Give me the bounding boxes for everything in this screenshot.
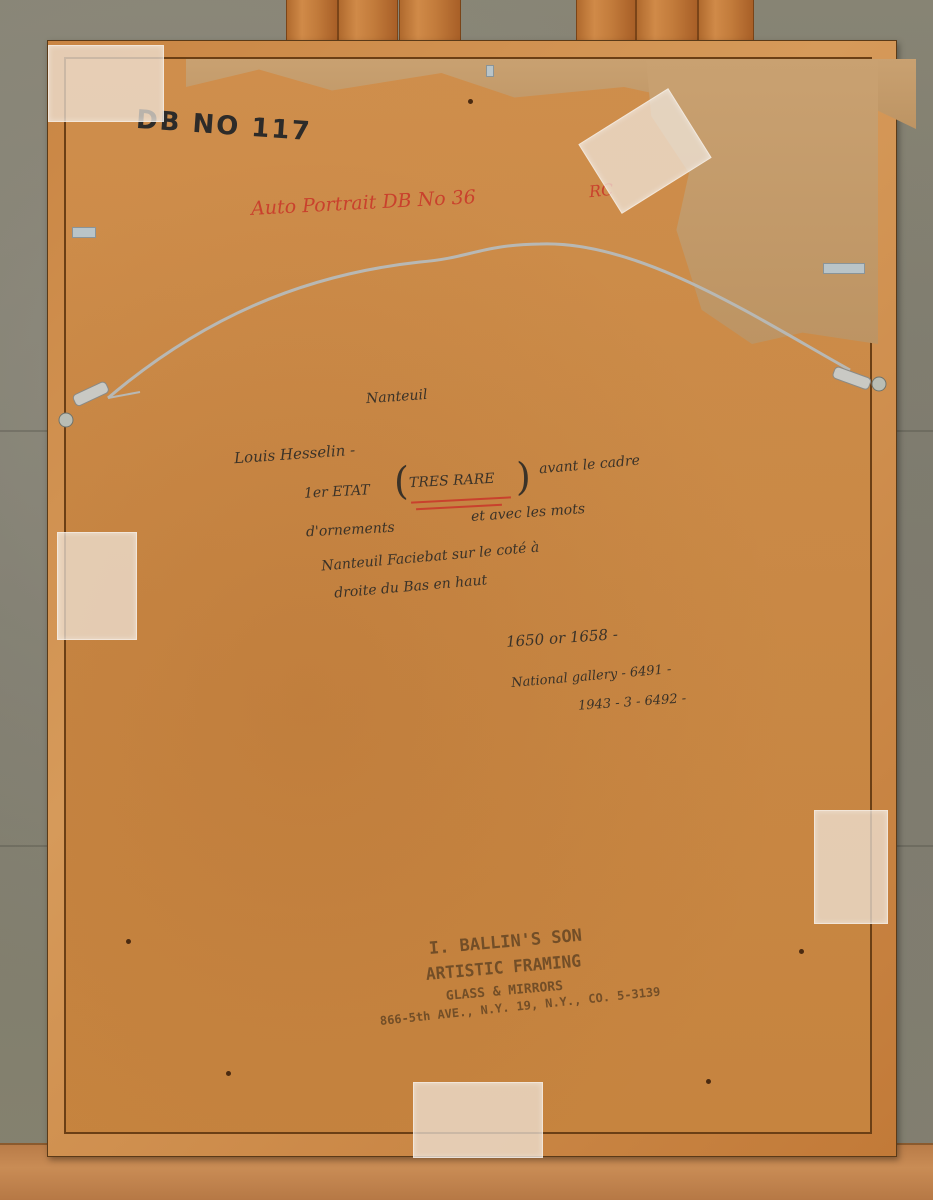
retaining-clip [486,65,494,77]
easel-leg [576,0,636,44]
paper-hole [226,1071,231,1076]
paper-hole [706,1079,711,1084]
easel-leg [399,0,461,44]
tape-piece [48,45,164,122]
easel-leg [338,0,398,44]
tape-piece [57,532,137,640]
picture-frame: DB NO 117 Auto Portrait DB No 36 RC Nant… [47,40,897,1157]
easel-leg [698,0,754,44]
paper-hole [126,939,131,944]
tape-piece [413,1082,543,1158]
retaining-clip [823,263,865,274]
frame-rabbet: DB NO 117 Auto Portrait DB No 36 RC Nant… [64,57,872,1134]
paren-close: ) [516,455,531,499]
paper-hole [468,99,473,104]
paren-open: ( [394,459,409,503]
paper-hole [799,949,804,954]
tape-piece [814,810,888,924]
easel-leg [286,0,338,44]
retaining-clip [72,227,96,238]
easel-leg [636,0,698,44]
